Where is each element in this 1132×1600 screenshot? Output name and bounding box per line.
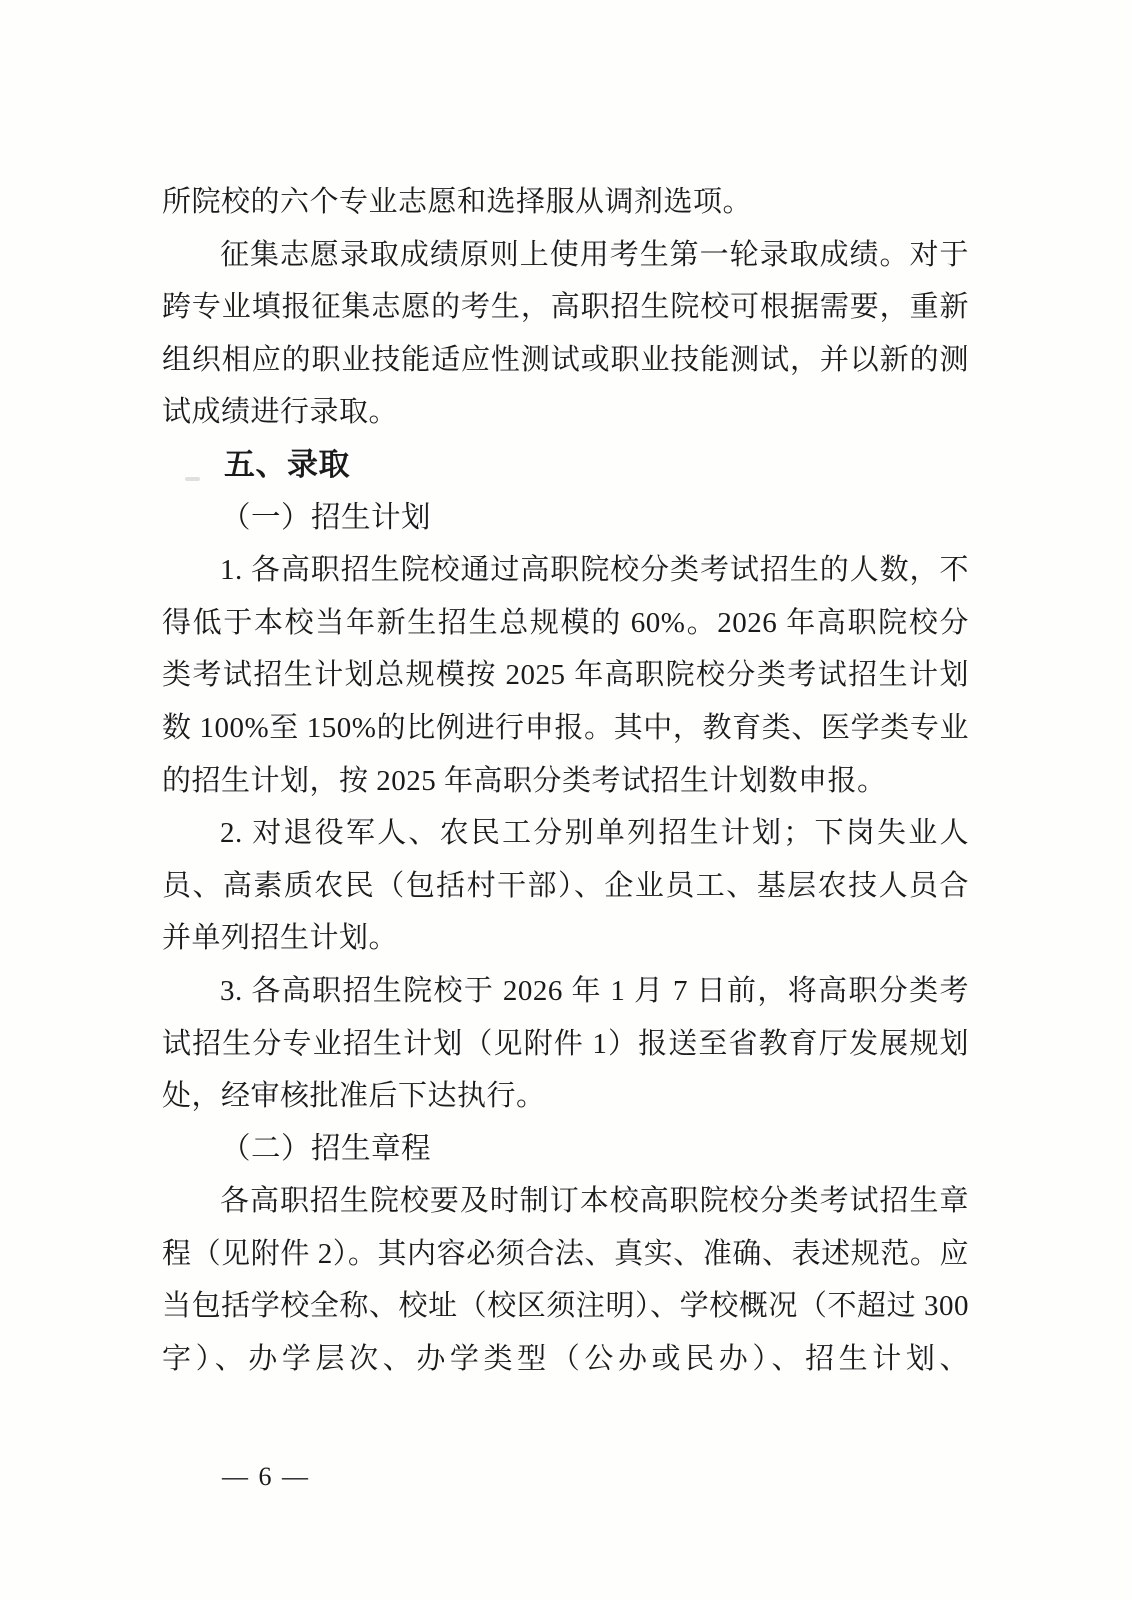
- paragraph: 所院校的六个专业志愿和选择服从调剂选项。: [162, 176, 969, 229]
- page-footer: — 6 —: [222, 1462, 310, 1492]
- paragraph: 3. 各高职招生院校于 2026 年 1 月 7 日前，将高职分类考试招生分专业…: [162, 965, 969, 1123]
- section-heading: （一）招生计划: [162, 492, 969, 545]
- page-number: — 6 —: [222, 1462, 310, 1491]
- paragraph: 征集志愿录取成绩原则上使用考生第一轮录取成绩。对于跨专业填报征集志愿的考生，高职…: [162, 229, 969, 439]
- document-body: 所院校的六个专业志愿和选择服从调剂选项。征集志愿录取成绩原则上使用考生第一轮录取…: [162, 176, 969, 1386]
- scan-artifact: [185, 477, 200, 481]
- paragraph: 各高职招生院校要及时制订本校高职院校分类考试招生章程（见附件 2）。其内容必须合…: [162, 1175, 969, 1385]
- document-page: 所院校的六个专业志愿和选择服从调剂选项。征集志愿录取成绩原则上使用考生第一轮录取…: [0, 0, 1132, 1600]
- paragraph: 1. 各高职招生院校通过高职院校分类考试招生的人数，不得低于本校当年新生招生总规…: [162, 544, 969, 807]
- section-heading: 五、录取: [162, 439, 969, 492]
- section-heading: （二）招生章程: [162, 1123, 969, 1176]
- paragraph: 2. 对退役军人、农民工分别单列招生计划；下岗失业人员、高素质农民（包括村干部）…: [162, 807, 969, 965]
